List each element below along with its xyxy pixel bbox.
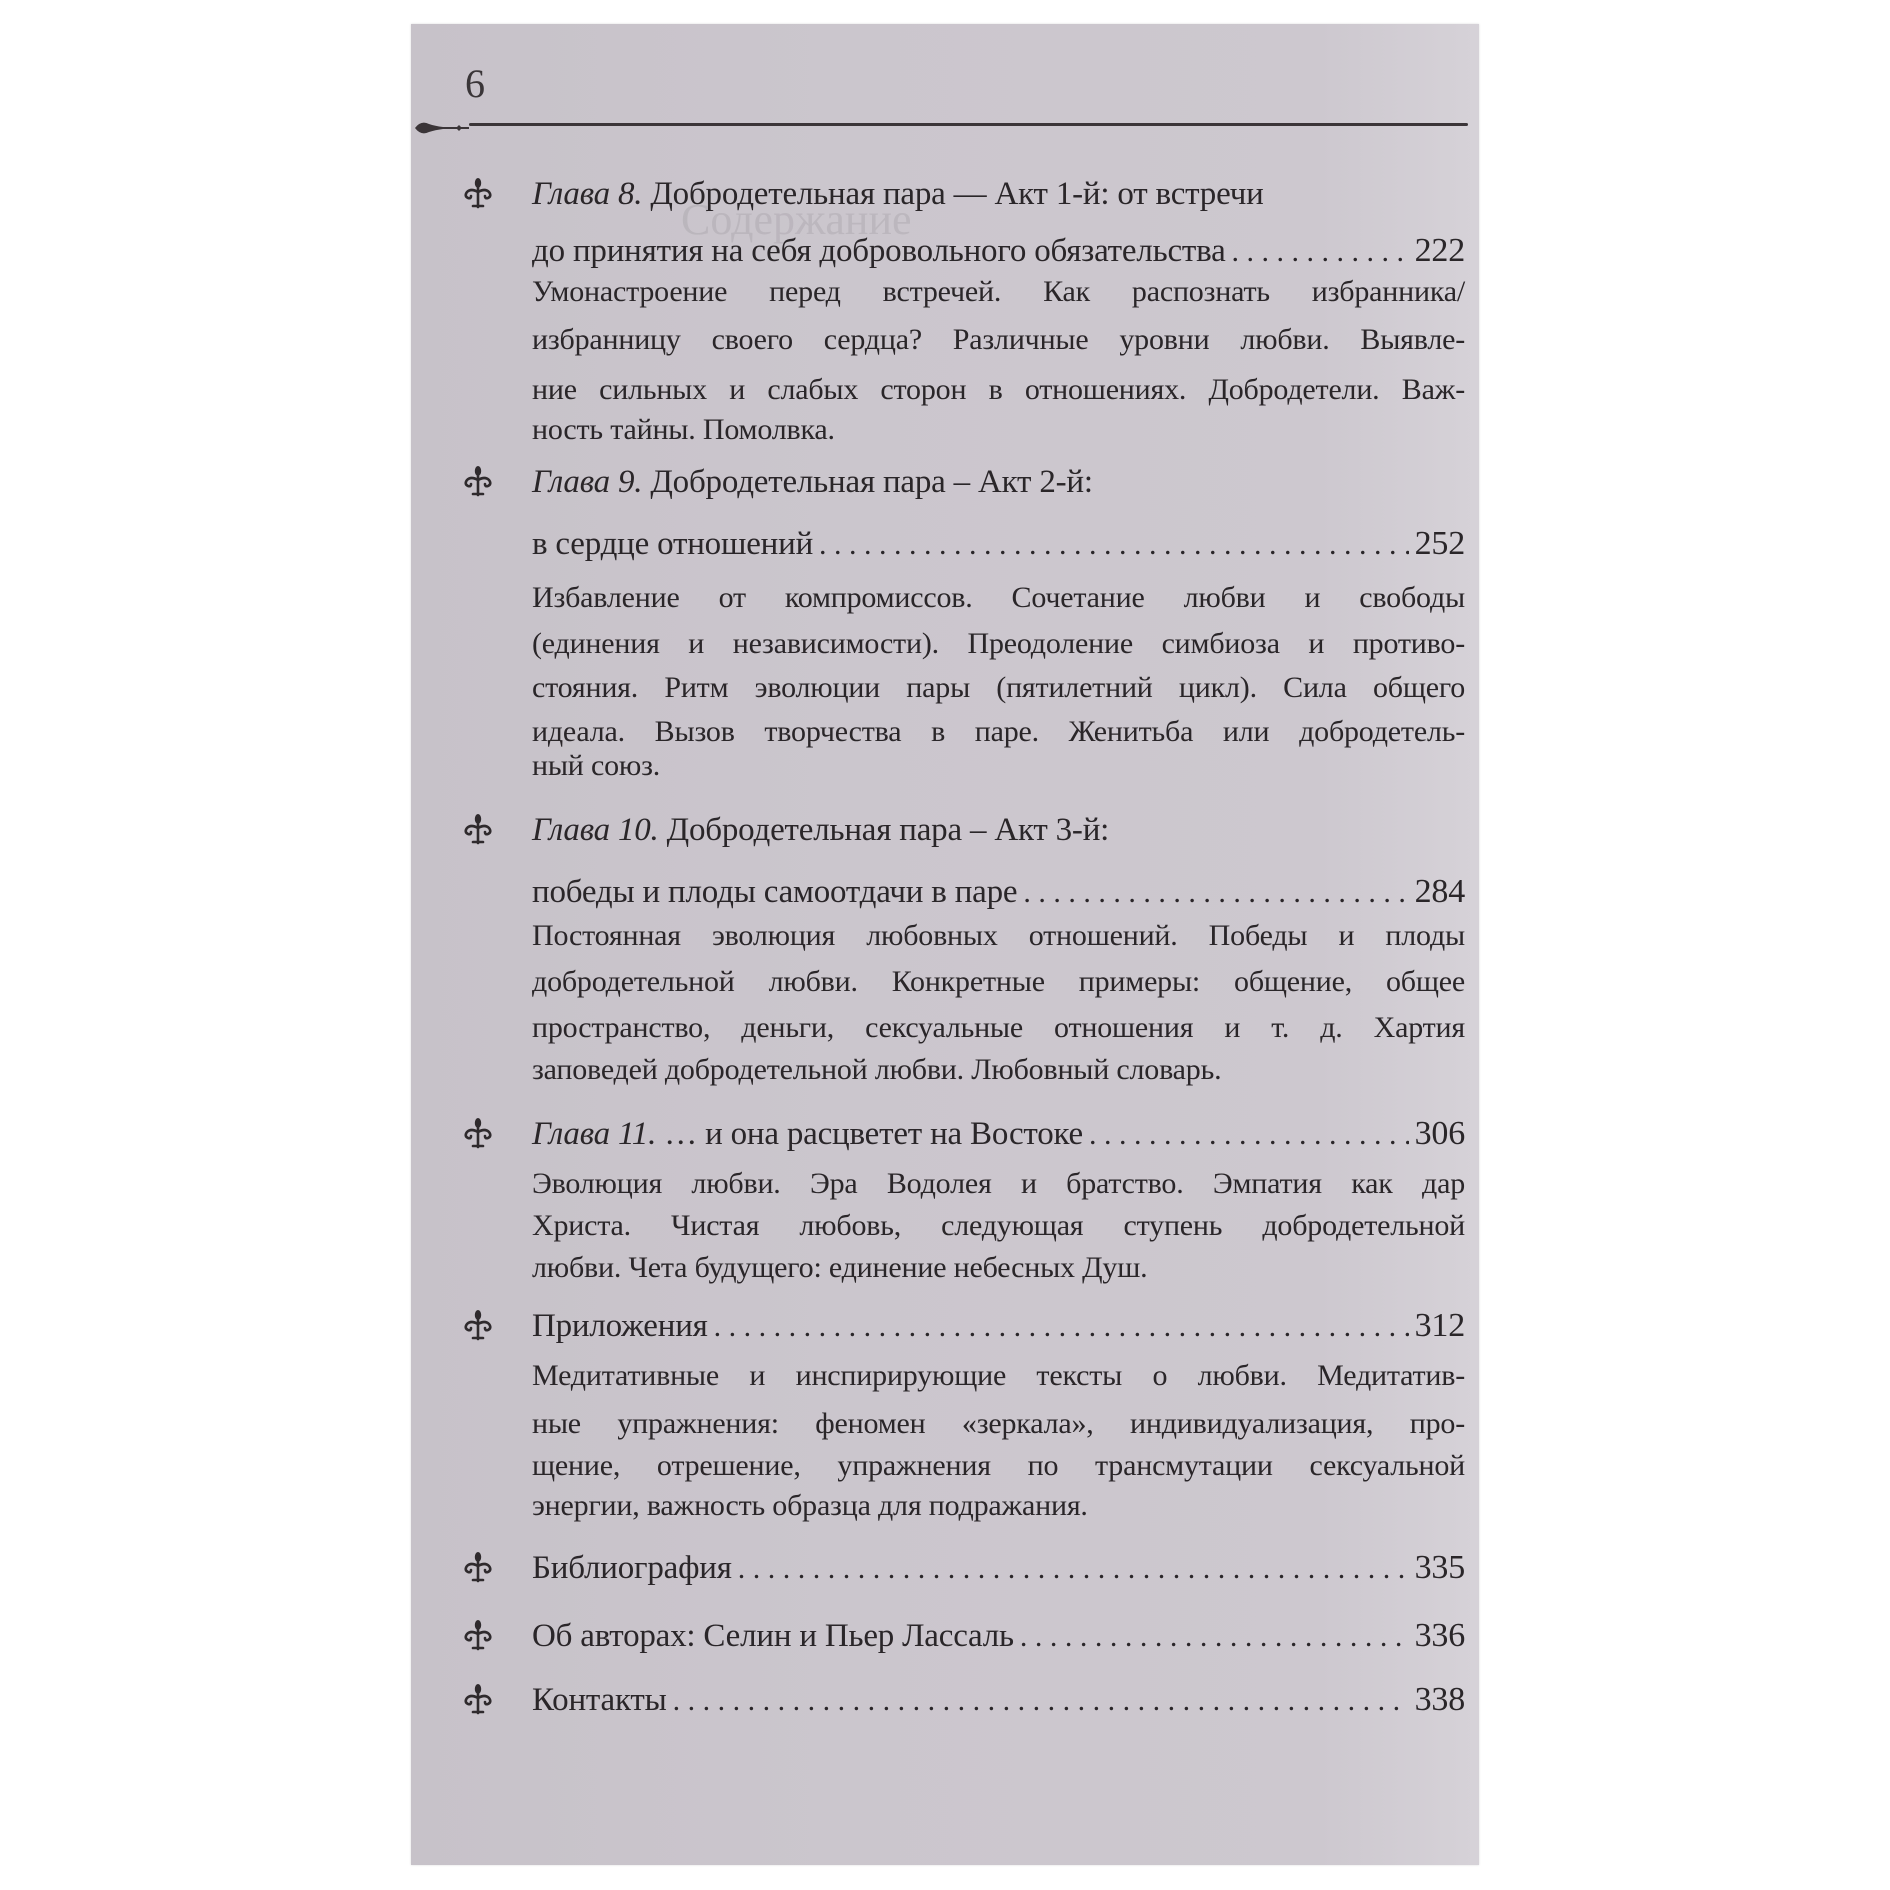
chapter-description: энергии, важность образца для подражания… bbox=[532, 1486, 1465, 1526]
chapter-description: добродетельной любви. Конкретные примеры… bbox=[532, 962, 1465, 1002]
chapter-description: ность тайны. Помолвка. bbox=[532, 410, 1465, 450]
book-page: Содержание 6 Глава 8. Добродетельная пар… bbox=[411, 24, 1479, 1865]
toc-entry-title[interactable]: победы и плоды самоотдачи в паре284 bbox=[532, 872, 1465, 913]
chapter-description: Избавление от компромиссов. Сочетание лю… bbox=[532, 578, 1465, 618]
fleur-de-lis-icon bbox=[461, 1618, 495, 1652]
chapter-description: избранницу своего сердца? Различные уров… bbox=[532, 320, 1465, 360]
chapter-label: Глава 8. bbox=[532, 176, 650, 212]
leader-dots bbox=[738, 1549, 1409, 1589]
leader-dots bbox=[1089, 1115, 1409, 1155]
toc-entry-title[interactable]: Глава 11. … и она расцветет на Востоке30… bbox=[532, 1114, 1465, 1155]
chapter-description: стояния. Ритм эволюции пары (пятилетний … bbox=[532, 668, 1465, 708]
page-number: 6 bbox=[465, 60, 485, 107]
header-rule bbox=[469, 123, 1468, 126]
toc-entry-title[interactable]: Контакты338 bbox=[532, 1680, 1465, 1721]
chapter-description: пространство, деньги, сексуальные отноше… bbox=[532, 1008, 1465, 1048]
toc-entry-title[interactable]: Глава 10. Добродетельная пара – Акт 3-й: bbox=[532, 810, 1465, 850]
leader-dots bbox=[714, 1307, 1409, 1347]
ornamental-rule-icon bbox=[413, 118, 473, 138]
chapter-title: … и она расцветет на Востоке bbox=[664, 1116, 1083, 1152]
page-ref: 312 bbox=[1415, 1306, 1465, 1346]
chapter-description: Умонастроение перед встречей. Как распоз… bbox=[532, 272, 1465, 312]
toc-entry-title[interactable]: Об авторах: Селин и Пьер Лассаль336 bbox=[532, 1616, 1465, 1657]
chapter-description: Постоянная эволюция любовных отношений. … bbox=[532, 916, 1465, 956]
chapter-title: Об авторах: Селин и Пьер Лассаль bbox=[532, 1618, 1014, 1654]
fleur-de-lis-icon bbox=[461, 1550, 495, 1584]
page-ref: 338 bbox=[1415, 1680, 1465, 1720]
leader-dots bbox=[819, 525, 1409, 565]
page-ref: 222 bbox=[1415, 231, 1465, 271]
chapter-description: Медитативные и инспирирующие тексты о лю… bbox=[532, 1356, 1465, 1396]
leader-dots bbox=[673, 1681, 1409, 1721]
toc-entry-title[interactable]: Глава 9. Добродетельная пара – Акт 2-й: bbox=[532, 462, 1465, 502]
leader-dots bbox=[1232, 232, 1409, 272]
toc-entry-title[interactable]: Глава 8. Добродетельная пара — Акт 1-й: … bbox=[532, 174, 1465, 214]
chapter-title: в сердце отношений bbox=[532, 526, 813, 562]
chapter-title: Библиография bbox=[532, 1550, 732, 1586]
chapter-description: Христа. Чистая любовь, следующая ступень… bbox=[532, 1206, 1465, 1246]
chapter-description: ный союз. bbox=[532, 746, 1465, 786]
page-ref: 252 bbox=[1415, 524, 1465, 564]
page-ref: 335 bbox=[1415, 1548, 1465, 1588]
toc-entry-title[interactable]: в сердце отношений252 bbox=[532, 524, 1465, 565]
toc-entry-title[interactable]: до принятия на себя добровольного обязат… bbox=[532, 231, 1465, 272]
chapter-label: Глава 11. bbox=[532, 1116, 664, 1152]
chapter-description: Эволюция любви. Эра Водолея и братство. … bbox=[532, 1164, 1465, 1204]
chapter-description: ние сильных и слабых сторон в отношениях… bbox=[532, 370, 1465, 410]
leader-dots bbox=[1020, 1617, 1409, 1657]
chapter-title: Контакты bbox=[532, 1682, 667, 1718]
fleur-de-lis-icon bbox=[461, 176, 495, 210]
chapter-description: заповедей добродетельной любви. Любовный… bbox=[532, 1050, 1465, 1090]
chapter-title: до принятия на себя добровольного обязат… bbox=[532, 233, 1226, 269]
chapter-title: Приложения bbox=[532, 1308, 708, 1344]
page-ref: 284 bbox=[1415, 872, 1465, 912]
page-ref: 336 bbox=[1415, 1616, 1465, 1656]
leader-dots bbox=[1023, 873, 1408, 913]
page-ref: 306 bbox=[1415, 1114, 1465, 1154]
toc-entry-title[interactable]: Библиография335 bbox=[532, 1548, 1465, 1589]
chapter-description: (единения и независимости). Преодоление … bbox=[532, 624, 1465, 664]
fleur-de-lis-icon bbox=[461, 1308, 495, 1342]
fleur-de-lis-icon bbox=[461, 464, 495, 498]
toc-entry-title[interactable]: Приложения312 bbox=[532, 1306, 1465, 1347]
chapter-description: ные упражнения: феномен «зеркала», индив… bbox=[532, 1404, 1465, 1444]
chapter-title: победы и плоды самоотдачи в паре bbox=[532, 874, 1017, 910]
fleur-de-lis-icon bbox=[461, 1116, 495, 1150]
chapter-description: любви. Чета будущего: единение небесных … bbox=[532, 1248, 1465, 1288]
fleur-de-lis-icon bbox=[461, 1682, 495, 1716]
chapter-title: Добродетельная пара – Акт 3-й: bbox=[667, 812, 1109, 848]
fleur-de-lis-icon bbox=[461, 812, 495, 846]
chapter-label: Глава 9. bbox=[532, 464, 650, 500]
chapter-description: щение, отрешение, упражнения по трансмут… bbox=[532, 1446, 1465, 1486]
chapter-title: Добродетельная пара — Акт 1-й: от встреч… bbox=[650, 176, 1263, 212]
chapter-title: Добродетельная пара – Акт 2-й: bbox=[650, 464, 1092, 500]
chapter-label: Глава 10. bbox=[532, 812, 667, 848]
